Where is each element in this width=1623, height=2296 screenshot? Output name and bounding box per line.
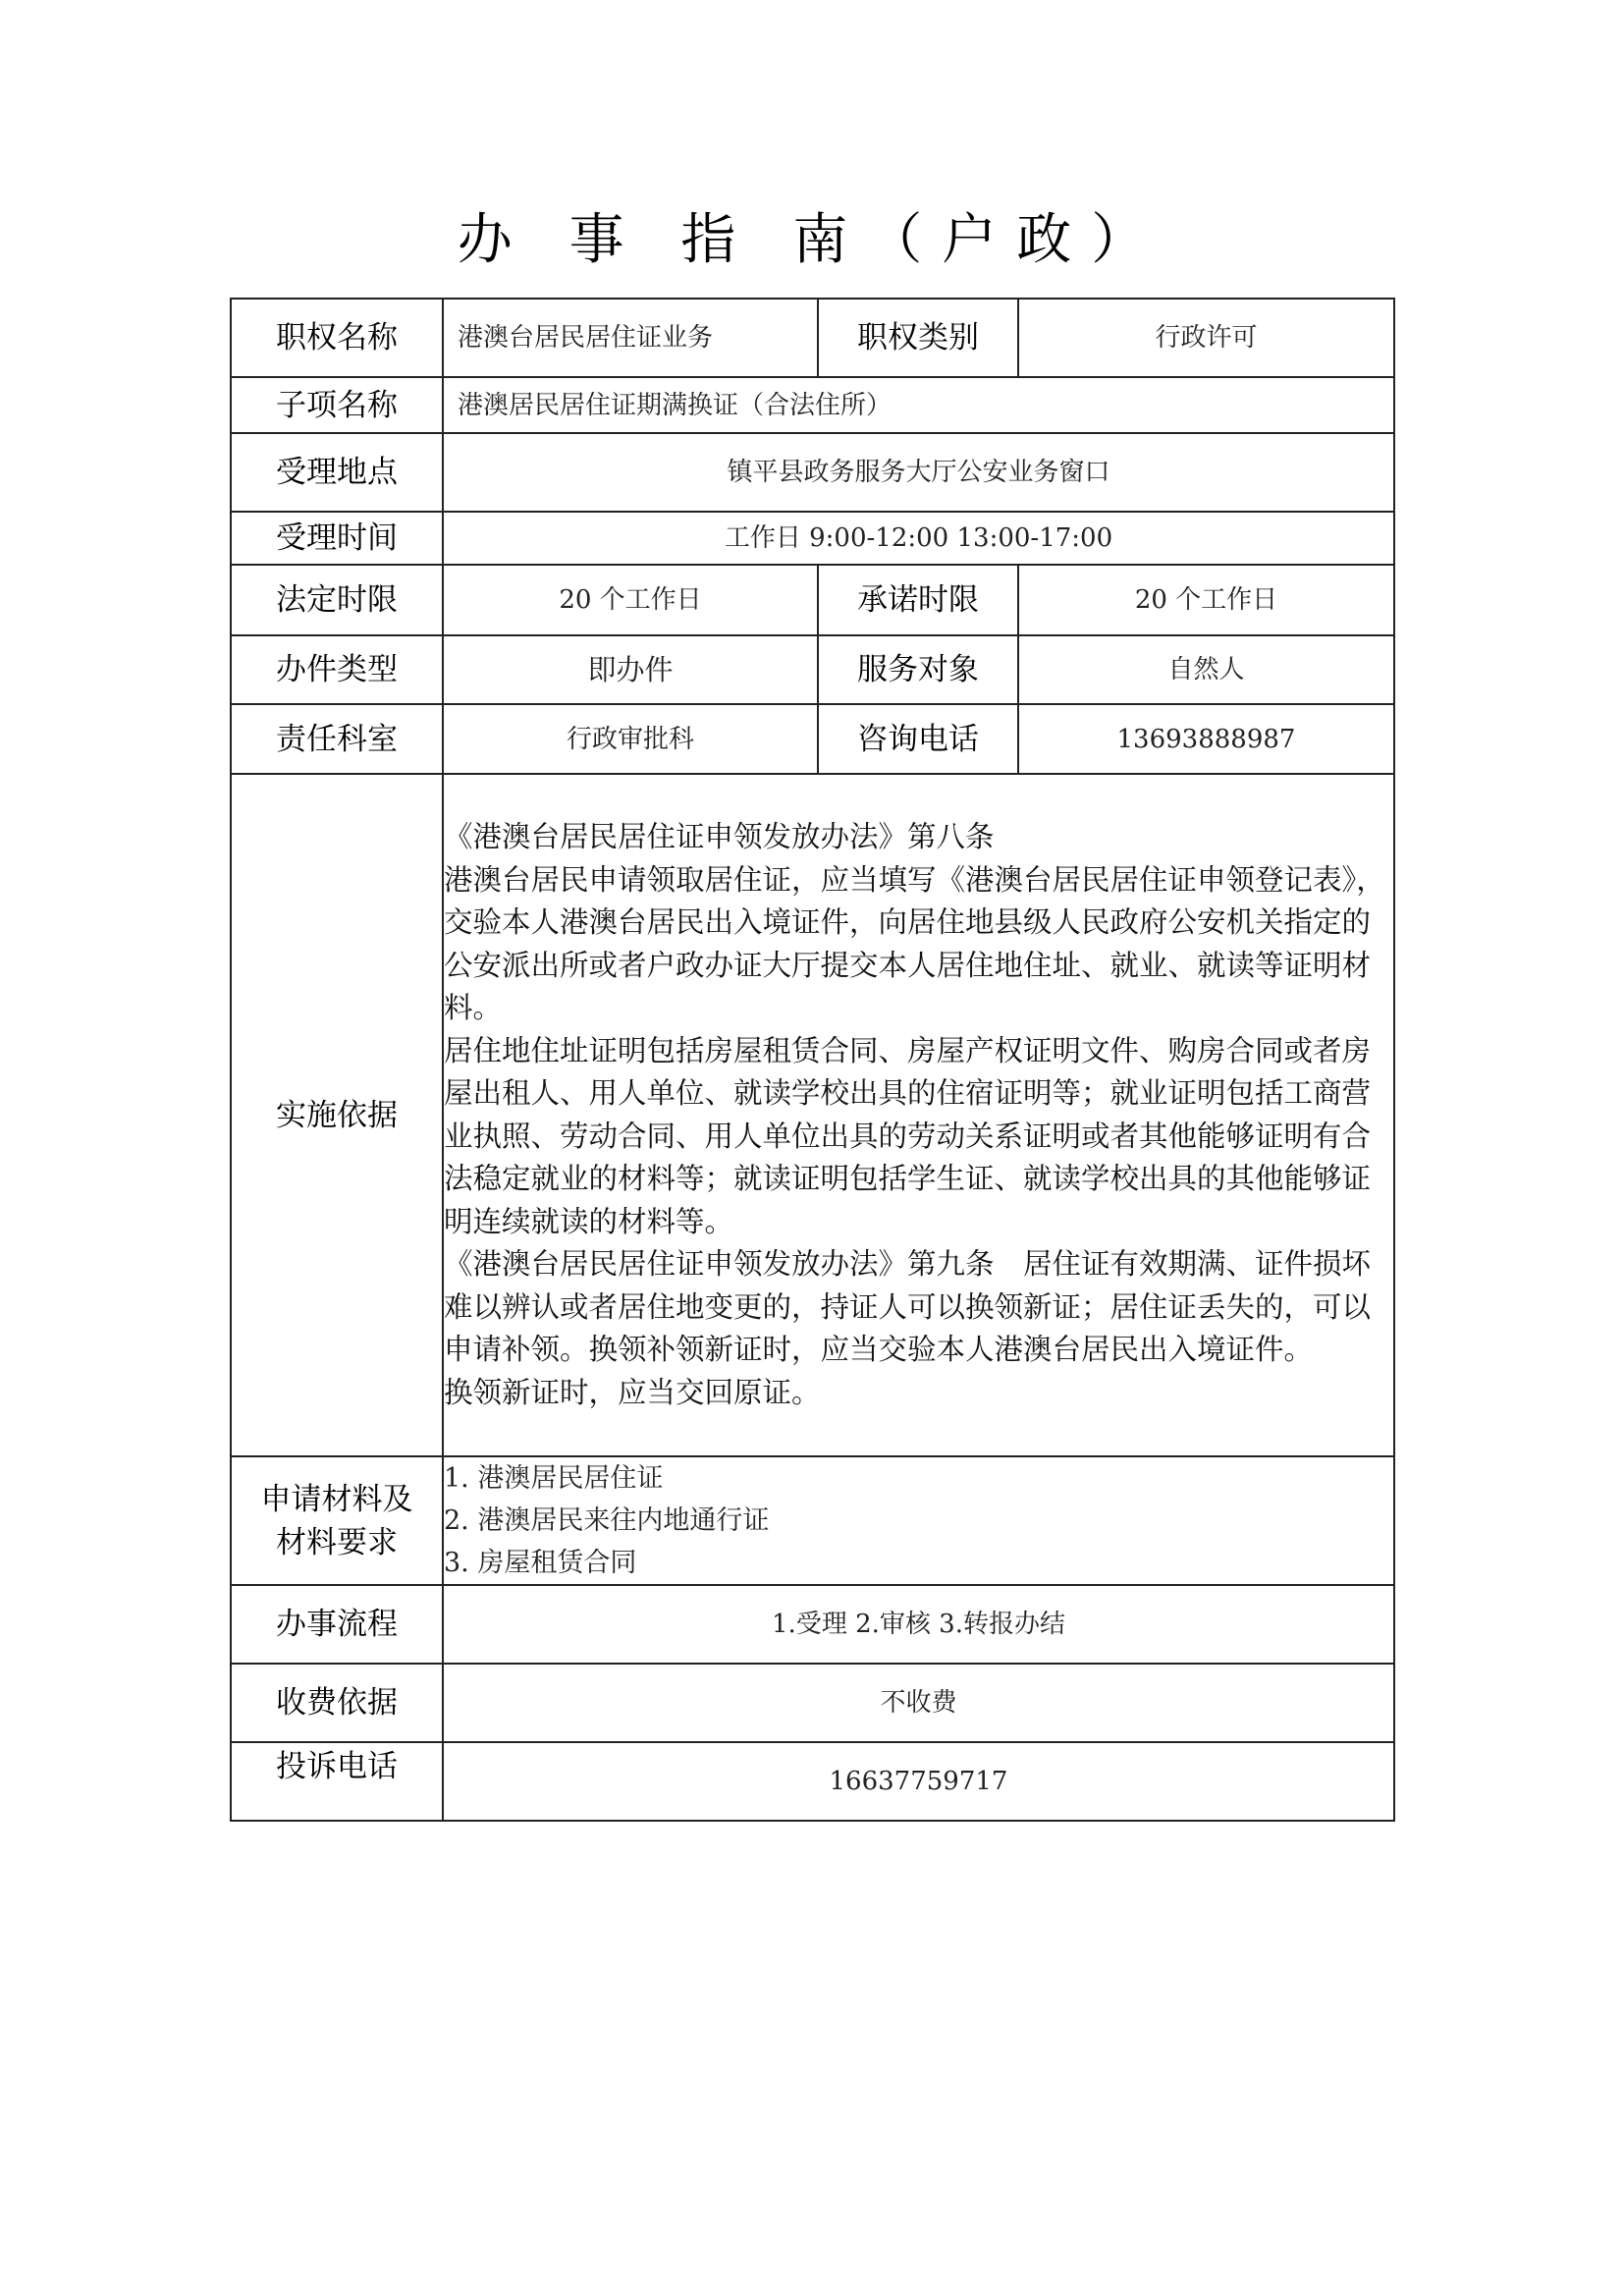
service-guide-table: 职权名称 港澳台居民居住证业务 职权类别 行政许可 子项名称 港澳居民居住证期满… [230, 298, 1395, 1822]
acceptance-time-label: 受理时间 [231, 512, 443, 565]
authority-name-label: 职权名称 [231, 299, 443, 377]
row-office: 责任科室 行政审批科 咨询电话 13693888987 [231, 704, 1394, 774]
basis-paragraph: 《港澳台居民居住证申领发放办法》第九条 居住证有效期满、证件损坏难以辨认或者居住… [444, 1243, 1393, 1372]
row-type: 办件类型 即办件 服务对象 自然人 [231, 635, 1394, 704]
acceptance-time-value: 工作日 9:00-12:00 13:00-17:00 [443, 512, 1394, 565]
complaint-phone-value: 16637759717 [443, 1742, 1394, 1821]
materials-list: 1. 港澳居民居住证 2. 港澳居民来往内地通行证 3. 房屋租赁合同 [443, 1456, 1394, 1585]
row-sub-item: 子项名称 港澳居民居住证期满换证（合法住所） [231, 377, 1394, 433]
material-item: 1. 港澳居民居住证 [444, 1457, 1393, 1500]
authority-name-value: 港澳台居民居住证业务 [443, 299, 818, 377]
fee-basis-value: 不收费 [443, 1664, 1394, 1742]
responsible-office-label: 责任科室 [231, 704, 443, 774]
row-fee: 收费依据 不收费 [231, 1664, 1394, 1742]
legal-time-limit-value: 20 个工作日 [443, 565, 818, 635]
legal-time-limit-label: 法定时限 [231, 565, 443, 635]
acceptance-location-label: 受理地点 [231, 433, 443, 512]
implementation-basis-label: 实施依据 [231, 774, 443, 1456]
basis-paragraph: 港澳台居民申请领取居住证，应当填写《港澳台居民居住证申领登记表》，交验本人港澳台… [444, 859, 1393, 1030]
row-location: 受理地点 镇平县政务服务大厅公安业务窗口 [231, 433, 1394, 512]
processing-type-value: 即办件 [443, 635, 818, 704]
service-target-value: 自然人 [1018, 635, 1394, 704]
implementation-basis-text: 《港澳台居民居住证申领发放办法》第八条 港澳台居民申请领取居住证，应当填写《港澳… [443, 774, 1394, 1456]
complaint-phone-label: 投诉电话 [231, 1742, 443, 1821]
promised-time-limit-value: 20 个工作日 [1018, 565, 1394, 635]
sub-item-name-label: 子项名称 [231, 377, 443, 433]
process-label: 办事流程 [231, 1585, 443, 1664]
row-time-limits: 法定时限 20 个工作日 承诺时限 20 个工作日 [231, 565, 1394, 635]
row-process: 办事流程 1.受理 2.审核 3.转报办结 [231, 1585, 1394, 1664]
consult-phone-value: 13693888987 [1018, 704, 1394, 774]
materials-label-line2: 材料要求 [232, 1521, 442, 1564]
authority-type-label: 职权类别 [818, 299, 1018, 377]
material-item: 2. 港澳居民来往内地通行证 [444, 1500, 1393, 1542]
row-authority: 职权名称 港澳台居民居住证业务 职权类别 行政许可 [231, 299, 1394, 377]
responsible-office-value: 行政审批科 [443, 704, 818, 774]
material-item: 3. 房屋租赁合同 [444, 1542, 1393, 1584]
page-title: 办 事 指 南（户政） [0, 201, 1623, 280]
processing-type-label: 办件类型 [231, 635, 443, 704]
fee-basis-label: 收费依据 [231, 1664, 443, 1742]
row-time: 受理时间 工作日 9:00-12:00 13:00-17:00 [231, 512, 1394, 565]
row-basis: 实施依据 《港澳台居民居住证申领发放办法》第八条 港澳台居民申请领取居住证，应当… [231, 774, 1394, 1456]
sub-item-name-value: 港澳居民居住证期满换证（合法住所） [443, 377, 1394, 433]
promised-time-limit-label: 承诺时限 [818, 565, 1018, 635]
materials-label-line1: 申请材料及 [232, 1478, 442, 1521]
basis-paragraph: 换领新证时，应当交回原证。 [444, 1372, 1393, 1415]
basis-paragraph: 《港澳台居民居住证申领发放办法》第八条 [444, 816, 1393, 859]
materials-label: 申请材料及 材料要求 [231, 1456, 443, 1585]
row-complaint: 投诉电话 16637759717 [231, 1742, 1394, 1821]
authority-type-value: 行政许可 [1018, 299, 1394, 377]
row-materials: 申请材料及 材料要求 1. 港澳居民居住证 2. 港澳居民来往内地通行证 3. … [231, 1456, 1394, 1585]
consult-phone-label: 咨询电话 [818, 704, 1018, 774]
acceptance-location-value: 镇平县政务服务大厅公安业务窗口 [443, 433, 1394, 512]
process-value: 1.受理 2.审核 3.转报办结 [443, 1585, 1394, 1664]
service-target-label: 服务对象 [818, 635, 1018, 704]
basis-paragraph: 居住地住址证明包括房屋租赁合同、房屋产权证明文件、购房合同或者房屋出租人、用人单… [444, 1030, 1393, 1244]
